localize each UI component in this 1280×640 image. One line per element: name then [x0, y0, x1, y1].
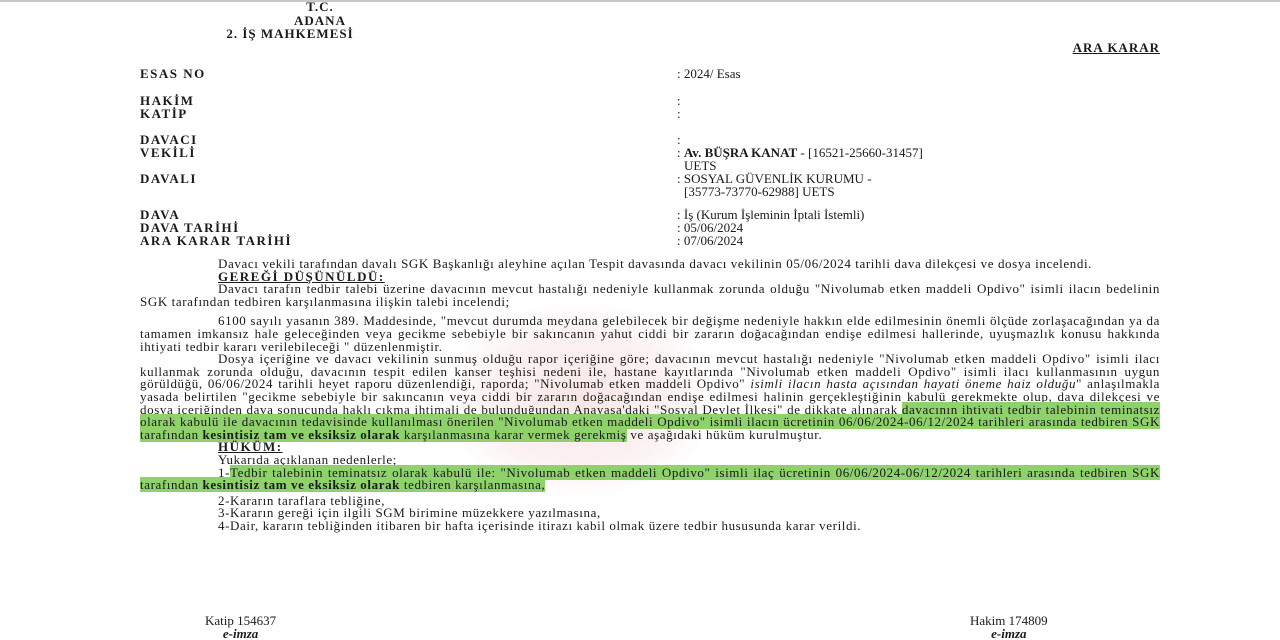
highlighted-text: Tedbir talebinin teminatsız olarak kabul… [140, 465, 1160, 493]
attorney-id: - [16521-25660-31457] [797, 145, 923, 160]
text: ve aşağıdaki hüküm kurulmuştur. [627, 427, 823, 442]
field-value: : 2024/ Esas [677, 67, 1117, 80]
ruling-item-1: 1-Tedbir talebinin teminatsız olarak kab… [140, 467, 1160, 492]
field-label: DAVALI [140, 172, 197, 185]
field-label: ESAS NO [140, 67, 206, 80]
field-label: VEKİLİ [140, 146, 196, 159]
ruling-item-4: 4-Dair, kararın tebliğinden itibaren bir… [140, 520, 1160, 533]
field-label: ARA KARAR TARİHİ [140, 234, 292, 247]
paragraph-evaluation: Dosya içeriğine ve davacı vekilinin sunm… [140, 353, 1160, 441]
field-label: KATİP [140, 107, 188, 120]
paragraph-request: Davacı tarafın tedbir talebi üzerine dav… [140, 283, 1160, 308]
defendant-id: [35773-73770-62988] UETS [677, 184, 835, 199]
bold-text: kesintisiz tam ve eksiksiz olarak [203, 477, 400, 492]
field-value: : İş (Kurum İşleminin İptali İstemli) [677, 208, 1117, 221]
field-value: : SOSYAL GÜVENLİK KURUMU -[35773-73770-6… [677, 172, 1117, 198]
field-value: : [677, 94, 1117, 107]
field-value: : 07/06/2024 [677, 234, 1117, 247]
decision-body: Davacı vekili tarafından davalı SGK Başk… [140, 258, 1160, 532]
judge-esign: e-imza [970, 627, 1048, 640]
clerk-signature: Katip 154637 e-imza [205, 614, 276, 640]
field-value: : [677, 107, 1117, 120]
text: karşılanmasına karar vermek gerekmiş [400, 427, 627, 442]
document-type-title: ARA KARAR [1073, 40, 1160, 56]
court-document: T.C. ADANA 2. İŞ MAHKEMESİ ARA KARAR ESA… [140, 0, 1160, 640]
clerk-esign: e-imza [205, 627, 276, 640]
field-value: : Av. BÜŞRA KANAT - [16521-25660-31457]U… [677, 146, 1117, 172]
text: tedbiren karşılanmasına, [400, 477, 545, 492]
paragraph-law-6100: 6100 sayılı yasanın 389. Maddesinde, "me… [140, 315, 1160, 353]
header-line-city: ADANA [140, 14, 440, 28]
header-line-tc: T.C. [140, 0, 440, 14]
field-value: : 05/06/2024 [677, 221, 1117, 234]
court-header: T.C. ADANA 2. İŞ MAHKEMESİ [140, 0, 440, 41]
header-line-court: 2. İŞ MAHKEMESİ [140, 27, 440, 41]
judge-signature: Hakim 174809 e-imza [970, 614, 1048, 640]
